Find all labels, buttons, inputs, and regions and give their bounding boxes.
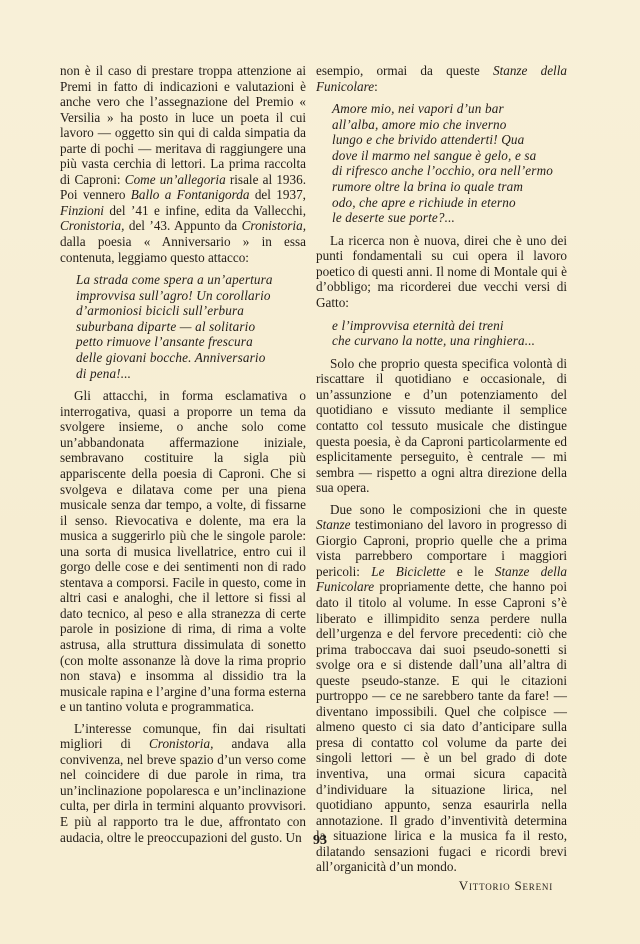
- paragraph: esempio, ormai da queste Stanze della Fu…: [316, 63, 567, 94]
- verse-line: rumore oltre la brina io quale tram: [332, 179, 567, 195]
- verse-line: d’armoniosi bicicli sull’erbura: [76, 303, 306, 319]
- right-column: esempio, ormai da queste Stanze della Fu…: [316, 63, 567, 893]
- verse-line: delle giovani bocche. Anniversario: [76, 350, 306, 366]
- verse-quote-gatto: e l’improvvisa eternità dei treniche cur…: [332, 318, 567, 349]
- paragraph: La ricerca non è nuova, direi che è uno …: [316, 233, 567, 311]
- verse-line: Amore mio, nei vapori d’un bar: [332, 101, 567, 117]
- verse-line: dove il marmo nel sangue è gelo, e sa: [332, 148, 567, 164]
- italic-title: Stanze: [316, 517, 350, 532]
- verse-quote-funicolare: Amore mio, nei vapori d’un barall’alba, …: [332, 101, 567, 226]
- document-page: non è il caso di prestare troppa attenzi…: [0, 0, 640, 944]
- verse-line: lungo e che brivido attenderti! Qua: [332, 132, 567, 148]
- verse-line: suburbana diparte — al solitario: [76, 319, 306, 335]
- verse-line: La strada come spera a un’apertura: [76, 272, 306, 288]
- verse-line: odo, che apre e richiude in eterno: [332, 195, 567, 211]
- verse-line: petto rimuove l’ansante frescura: [76, 334, 306, 350]
- verse-line: le deserte sue porte?...: [332, 210, 567, 226]
- italic-title: Ballo a Fontanigorda: [131, 187, 250, 202]
- paragraph: Gli attacchi, in forma esclamativa o int…: [60, 388, 306, 714]
- italic-title: Cronistoria,: [149, 736, 213, 751]
- italic-title: Le Biciclette: [371, 564, 445, 579]
- left-column: non è il caso di prestare troppa attenzi…: [60, 63, 306, 845]
- author-signature: Vittorio Sereni: [316, 878, 567, 894]
- verse-line: all’alba, amore mio che inverno: [332, 117, 567, 133]
- verse-quote-anniversario: La strada come spera a un’aperturaimprov…: [76, 272, 306, 381]
- paragraph: Due sono le composizioni che in queste S…: [316, 502, 567, 875]
- verse-line: di rifresco anche l’occhio, ora nell’erm…: [332, 163, 567, 179]
- paragraph: L’interesse comunque, fin dai risultati …: [60, 721, 306, 845]
- verse-line: di pena!...: [76, 366, 306, 382]
- paragraph: Solo che proprio questa specifica volont…: [316, 356, 567, 496]
- italic-title: Stanze della Funicolare: [316, 63, 567, 94]
- verse-line: e l’improvvisa eternità dei treni: [332, 318, 567, 334]
- italic-title: Cronistoria,: [242, 218, 306, 233]
- italic-title: Finzioni: [60, 203, 104, 218]
- paragraph: non è il caso di prestare troppa attenzi…: [60, 63, 306, 265]
- verse-line: che curvano la notte, una ringhiera...: [332, 333, 567, 349]
- page-number: 93: [0, 833, 640, 849]
- verse-line: improvvisa sull’agro! Un corollario: [76, 288, 306, 304]
- italic-title: Come un’allegoria: [125, 172, 226, 187]
- italic-title: Cronistoria,: [60, 218, 124, 233]
